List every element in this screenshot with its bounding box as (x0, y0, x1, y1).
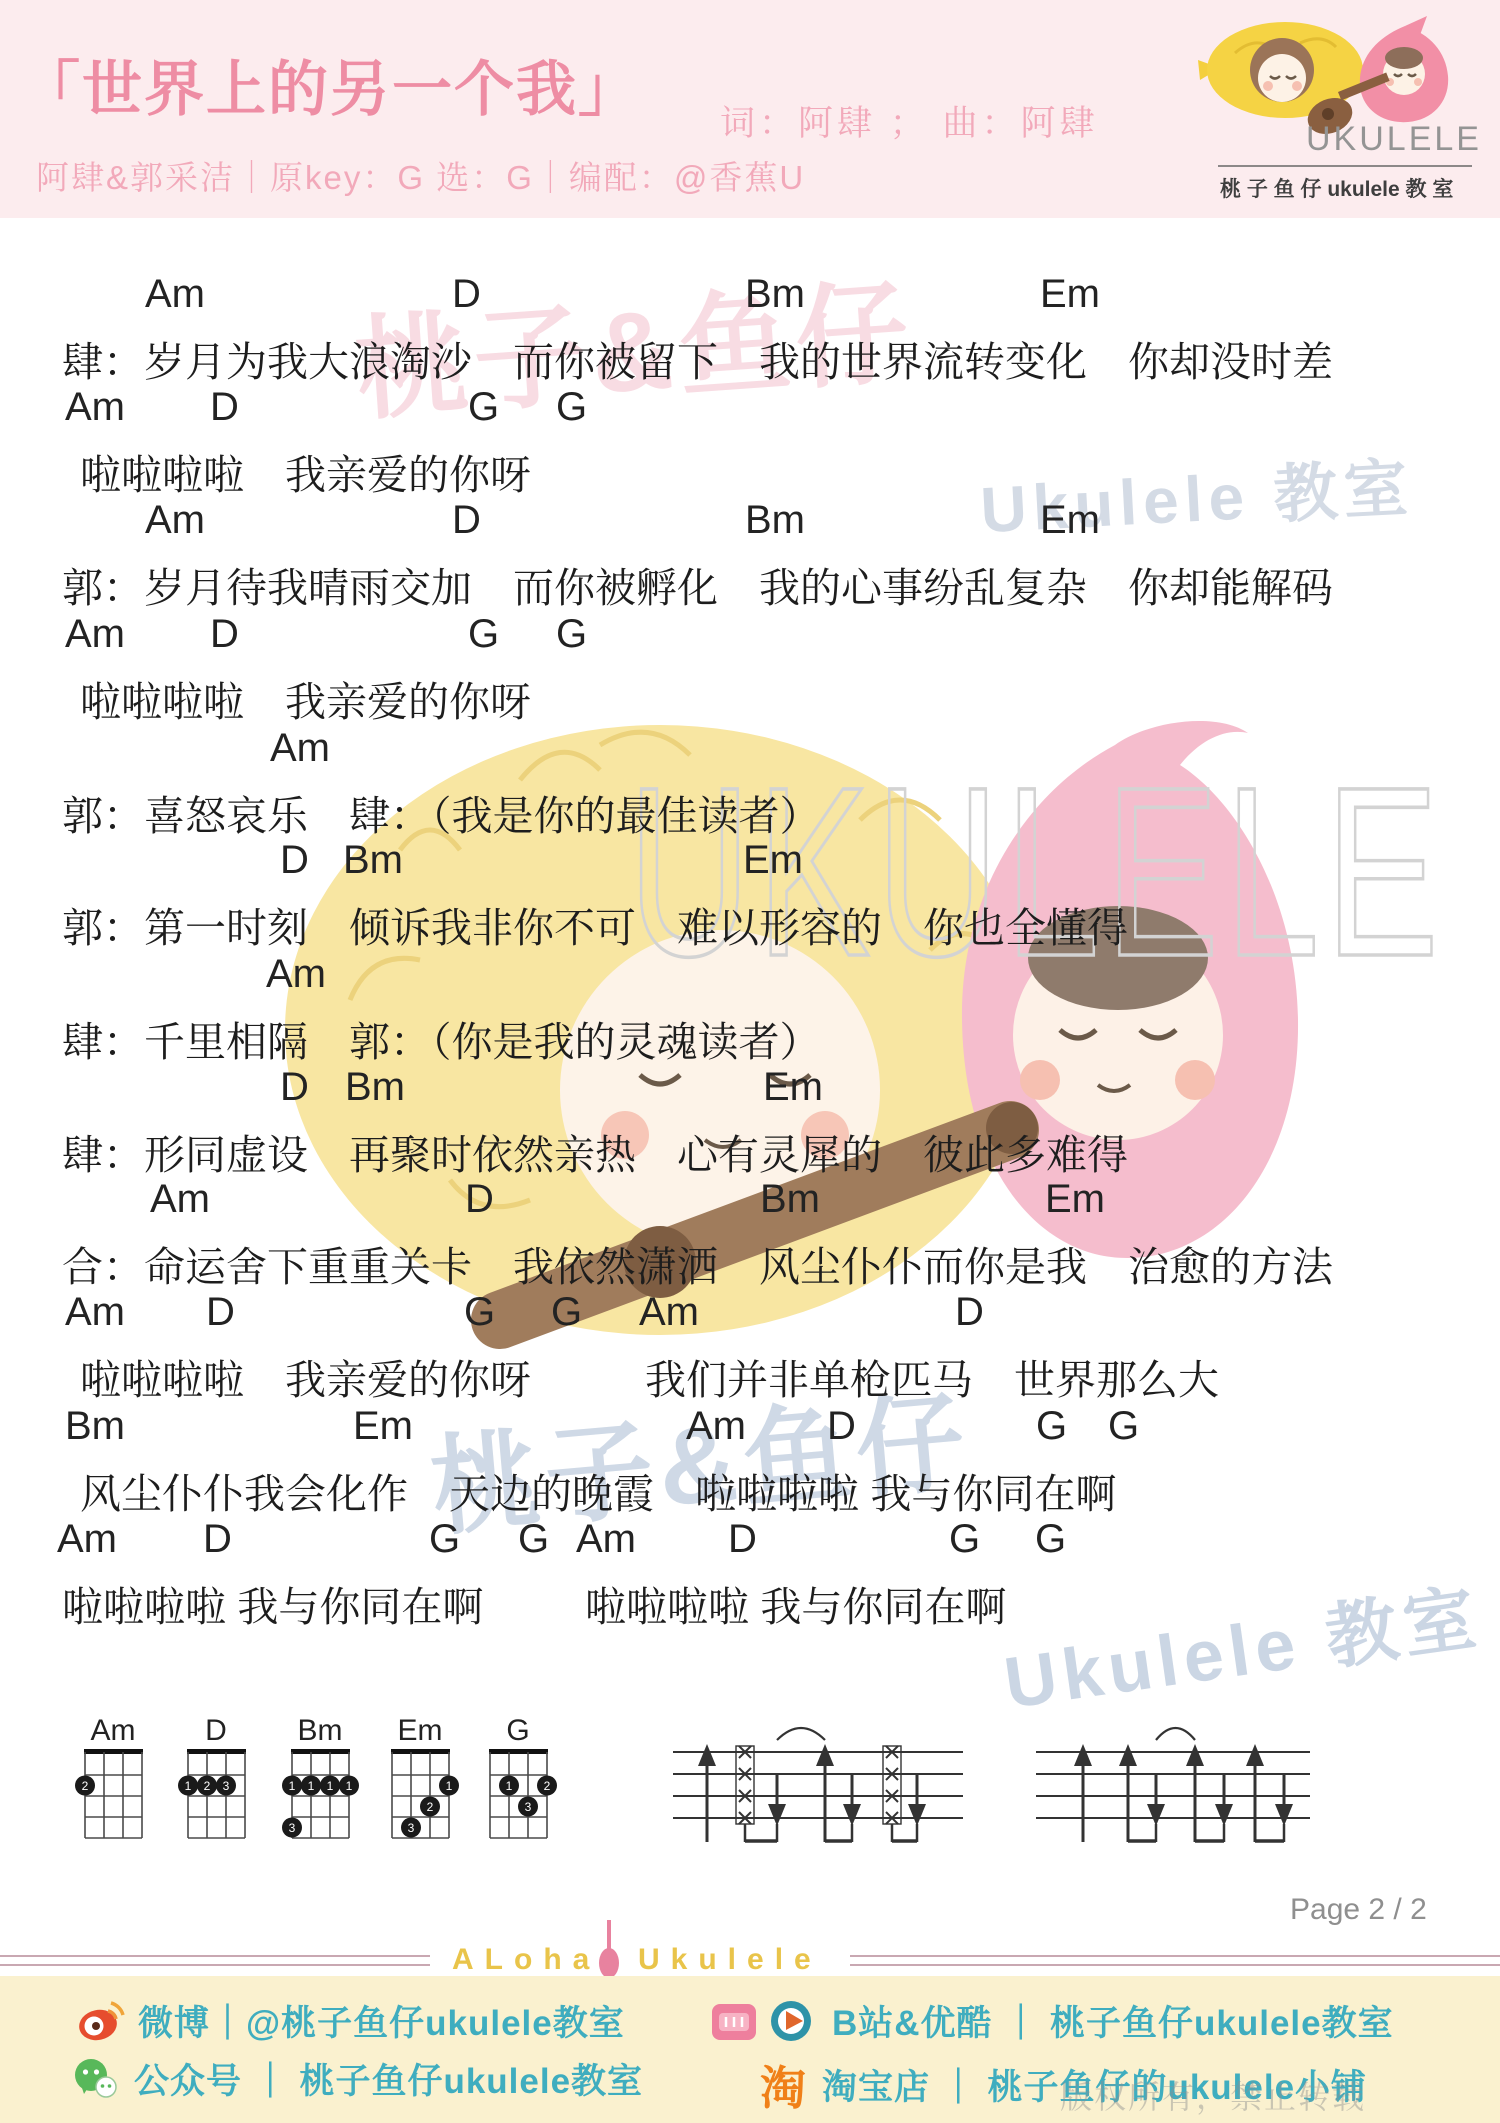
pink-ukulele-icon (592, 1918, 626, 1980)
chord-symbol: Am (145, 498, 205, 543)
chord-symbol: G (468, 612, 499, 657)
chord-symbol: G (556, 612, 587, 657)
lyric-text: 郭：第一时刻 倾诉我非你不可 难以形容的 你也全懂得 (62, 895, 1128, 954)
logo-brand-text: UKULELE (1306, 120, 1482, 158)
svg-text:2: 2 (427, 1800, 434, 1814)
chord-symbol: Am (145, 272, 205, 317)
chord-symbol: D (728, 1517, 757, 1562)
chord-symbol: G (1108, 1404, 1139, 1449)
chord-symbol: Am (65, 1290, 125, 1335)
lyric-line: 肆：千里相隔 郭：（你是我的灵魂读者） (0, 1009, 1500, 1061)
song-title: 「世界上的另一个我」 (20, 42, 640, 128)
divider-line (0, 1955, 430, 1957)
chord-symbol: Em (1040, 272, 1100, 317)
chord-symbol: Am (639, 1290, 699, 1335)
lyric-line: 啦啦啦啦 我亲爱的你呀 (0, 442, 1500, 494)
chord-diagram-Em: Em123 (391, 1714, 459, 1838)
lyrics-music-credit: 词：阿肆 ； 曲：阿肆 (720, 96, 1098, 146)
chord-symbol: Em (1045, 1177, 1105, 1222)
lyric-text: 郭：喜怒哀乐 肆：（我是你的最佳读者） (62, 783, 821, 842)
chord-symbol: Bm (745, 272, 805, 317)
arrangement-info: 阿肆&郭采洁｜原key：G 选：G｜编配：@香蕉U (36, 152, 805, 199)
svg-text:1: 1 (346, 1779, 353, 1793)
weibo-label: 微博｜@桃子鱼仔ukulele教室 (138, 1996, 625, 2046)
chord-symbol: D (827, 1404, 856, 1449)
chord-line: DBmEm (0, 838, 1500, 890)
lyric-text: 风尘仆仆我会化作 天边的晚霞 啦啦啦啦 我与你同在啊 (80, 1461, 1116, 1520)
chord-diagram-Am: Am2 (75, 1714, 143, 1838)
chord-symbol: D (203, 1517, 232, 1562)
chord-symbol: G (1036, 1404, 1067, 1449)
youku-play-icon (768, 1998, 818, 2044)
chord-symbol: Em (353, 1404, 413, 1449)
chord-line: Am (0, 726, 1500, 778)
lyric-line: 啦啦啦啦 我与你同在啊啦啦啦啦 我与你同在啊 (0, 1574, 1500, 1626)
chord-diagram-Bm: Bm11113 (282, 1714, 359, 1838)
svg-text:3: 3 (223, 1779, 230, 1793)
divider-line (850, 1964, 1500, 1966)
weibo-item: 微博｜@桃子鱼仔ukulele教室 (76, 1996, 625, 2046)
chord-symbol: Am (65, 612, 125, 657)
chord-symbol: Am (270, 726, 330, 771)
divider-left-word: ALoha (452, 1943, 600, 1977)
chord-line: AmDGG (0, 385, 1500, 437)
chord-symbol: Bm (343, 838, 403, 883)
chord-symbol: G (551, 1290, 582, 1335)
chord-symbol: D (452, 272, 481, 317)
svg-text:1: 1 (506, 1779, 513, 1793)
lyric-text: 合：命运舍下重重关卡 我依然潇洒 风尘仆仆而你是我 治愈的方法 (62, 1234, 1333, 1293)
lyric-line: 郭：岁月待我晴雨交加 而你被孵化 我的心事纷乱复杂 你却能解码 (0, 555, 1500, 607)
taobao-icon: 淘 (760, 2052, 806, 2118)
chord-symbol: G (949, 1517, 980, 1562)
chord-symbol: D (206, 1290, 235, 1335)
chord-symbol: D (280, 838, 309, 883)
chord-symbol: D (955, 1290, 984, 1335)
svg-text:3: 3 (525, 1800, 532, 1814)
chord-line: AmDGG (0, 612, 1500, 664)
chord-diagram-label: D (205, 1714, 227, 1747)
chord-line: AmDGGAmD (0, 1290, 1500, 1342)
chord-symbol: D (210, 612, 239, 657)
lyric-text: 我们并非单枪匹马 世界那么大 (645, 1347, 1219, 1406)
chord-symbol: Bm (345, 1065, 405, 1110)
chord-symbol: D (465, 1177, 494, 1222)
lyric-line: 肆：形同虚设 再聚时依然亲热 心有灵犀的 彼此多难得 (0, 1122, 1500, 1174)
svg-text:1: 1 (185, 1779, 192, 1793)
chord-diagram-G: G123 (489, 1714, 557, 1838)
chord-diagram-label: Am (91, 1714, 136, 1747)
chord-line: Am (0, 952, 1500, 1004)
chord-symbol: Bm (65, 1404, 125, 1449)
chord-line: BmEmAmDGG (0, 1404, 1500, 1456)
chord-symbol: G (429, 1517, 460, 1562)
chord-symbol: Em (743, 838, 803, 883)
chord-diagram-label: Bm (298, 1714, 343, 1747)
chord-line: DBmEm (0, 1065, 1500, 1117)
lyric-line: 郭：第一时刻 倾诉我非你不可 难以形容的 你也全懂得 (0, 895, 1500, 947)
svg-text:1: 1 (308, 1779, 315, 1793)
svg-text:1: 1 (327, 1779, 334, 1793)
svg-text:2: 2 (204, 1779, 211, 1793)
chord-symbol: D (280, 1065, 309, 1110)
svg-text:1: 1 (289, 1779, 296, 1793)
svg-text:1: 1 (446, 1779, 453, 1793)
svg-text:3: 3 (289, 1821, 296, 1835)
lyric-line: 合：命运舍下重重关卡 我依然潇洒 风尘仆仆而你是我 治愈的方法 (0, 1234, 1500, 1286)
wechat-icon (72, 2055, 122, 2103)
logo-studio-text: 桃 子 鱼 仔 ukulele 教 室 (1220, 177, 1453, 201)
chord-line: AmDBmEm (0, 1177, 1500, 1229)
chord-line: AmDBmEm (0, 498, 1500, 550)
lyric-text: 郭：岁月待我晴雨交加 而你被孵化 我的心事纷乱复杂 你却能解码 (62, 555, 1333, 614)
chord-line: AmDGGAmDGG (0, 1517, 1500, 1569)
chord-diagram-label: G (506, 1714, 529, 1747)
lyric-text: 啦啦啦啦 我亲爱的你呀 (80, 1347, 531, 1406)
chord-symbol: Am (150, 1177, 210, 1222)
svg-text:3: 3 (408, 1821, 415, 1835)
video-label: B站&优酷 ｜ 桃子鱼仔ukulele教室 (832, 1996, 1394, 2046)
strum-pattern-1 (673, 1728, 963, 1842)
chord-symbol: Am (266, 952, 326, 997)
divider-right-word: Ukulele (638, 1943, 822, 1977)
chord-sheet-page: UKULELE 桃子&鱼仔Ukulele 教室桃子&鱼仔Ukulele 教室 A… (0, 0, 1500, 2123)
lyric-line: 啦啦啦啦 我亲爱的你呀 (0, 669, 1500, 721)
chord-symbol: Bm (760, 1177, 820, 1222)
lyric-line: 肆：岁月为我大浪淘沙 而你被留下 我的世界流转变化 你却没时差 (0, 329, 1500, 381)
copyright-watermark: 版权所有，禁止转载 (1060, 2072, 1366, 2118)
divider-line (0, 1964, 430, 1966)
chord-symbol: D (452, 498, 481, 543)
chord-symbol: Em (1040, 498, 1100, 543)
svg-text:2: 2 (82, 1779, 89, 1793)
chord-symbol: G (1035, 1517, 1066, 1562)
weibo-icon (76, 1997, 126, 2045)
footer-contact-bar: 微博｜@桃子鱼仔ukulele教室 B站&优酷 ｜ 桃子鱼仔ukulele教室 (0, 1976, 1500, 2123)
svg-text:2: 2 (544, 1779, 551, 1793)
chord-symbol: D (210, 385, 239, 430)
chord-symbol: Am (65, 385, 125, 430)
chord-symbol: Am (686, 1404, 746, 1449)
wechat-label: 公众号 ｜ 桃子鱼仔ukulele教室 (134, 2054, 643, 2104)
chord-symbol: G (518, 1517, 549, 1562)
strum-pattern-2 (1036, 1728, 1310, 1842)
sheet-header: 「世界上的另一个我」 词：阿肆 ； 曲：阿肆 阿肆&郭采洁｜原key：G 选：G… (0, 0, 1500, 218)
chord-symbol: Am (57, 1517, 117, 1562)
chord-symbol: G (468, 385, 499, 430)
lyric-text: 肆：岁月为我大浪淘沙 而你被留下 我的世界流转变化 你却没时差 (62, 329, 1333, 388)
page-number: Page 2 / 2 (1290, 1893, 1427, 1927)
lyric-line: 啦啦啦啦 我亲爱的你呀我们并非单枪匹马 世界那么大 (0, 1347, 1500, 1399)
chord-symbol: Am (576, 1517, 636, 1562)
lyric-text: 啦啦啦啦 我与你同在啊 (62, 1574, 483, 1633)
chord-diagrams-and-strum-patterns: Am2D123Bm11113Em123G123 (0, 1690, 1500, 1950)
chord-symbol: G (556, 385, 587, 430)
lyric-text: 啦啦啦啦 我与你同在啊 (585, 1574, 1006, 1633)
chord-diagram-D: D123 (178, 1714, 246, 1838)
chord-symbol: Em (763, 1065, 823, 1110)
lyric-text: 啦啦啦啦 我亲爱的你呀 (80, 442, 531, 501)
chord-symbol: Bm (745, 498, 805, 543)
bilibili-icon (710, 1998, 760, 2044)
video-item: B站&优酷 ｜ 桃子鱼仔ukulele教室 (710, 1996, 1394, 2046)
lyric-line: 郭：喜怒哀乐 肆：（我是你的最佳读者） (0, 783, 1500, 835)
lyric-text: 啦啦啦啦 我亲爱的你呀 (80, 669, 531, 728)
chord-diagram-label: Em (398, 1714, 443, 1747)
studio-logo: UKULELE 桃 子 鱼 仔 ukulele 教 室 (1180, 8, 1490, 213)
lyric-line: 风尘仆仆我会化作 天边的晚霞 啦啦啦啦 我与你同在啊 (0, 1461, 1500, 1513)
chord-line: AmDBmEm (0, 272, 1500, 324)
wechat-item: 公众号 ｜ 桃子鱼仔ukulele教室 (72, 2054, 643, 2104)
divider-line (850, 1955, 1500, 1957)
chord-symbol: G (464, 1290, 495, 1335)
lyric-text: 肆：形同虚设 再聚时依然亲热 心有灵犀的 彼此多难得 (62, 1122, 1128, 1181)
lyric-text: 肆：千里相隔 郭：（你是我的灵魂读者） (62, 1009, 821, 1068)
